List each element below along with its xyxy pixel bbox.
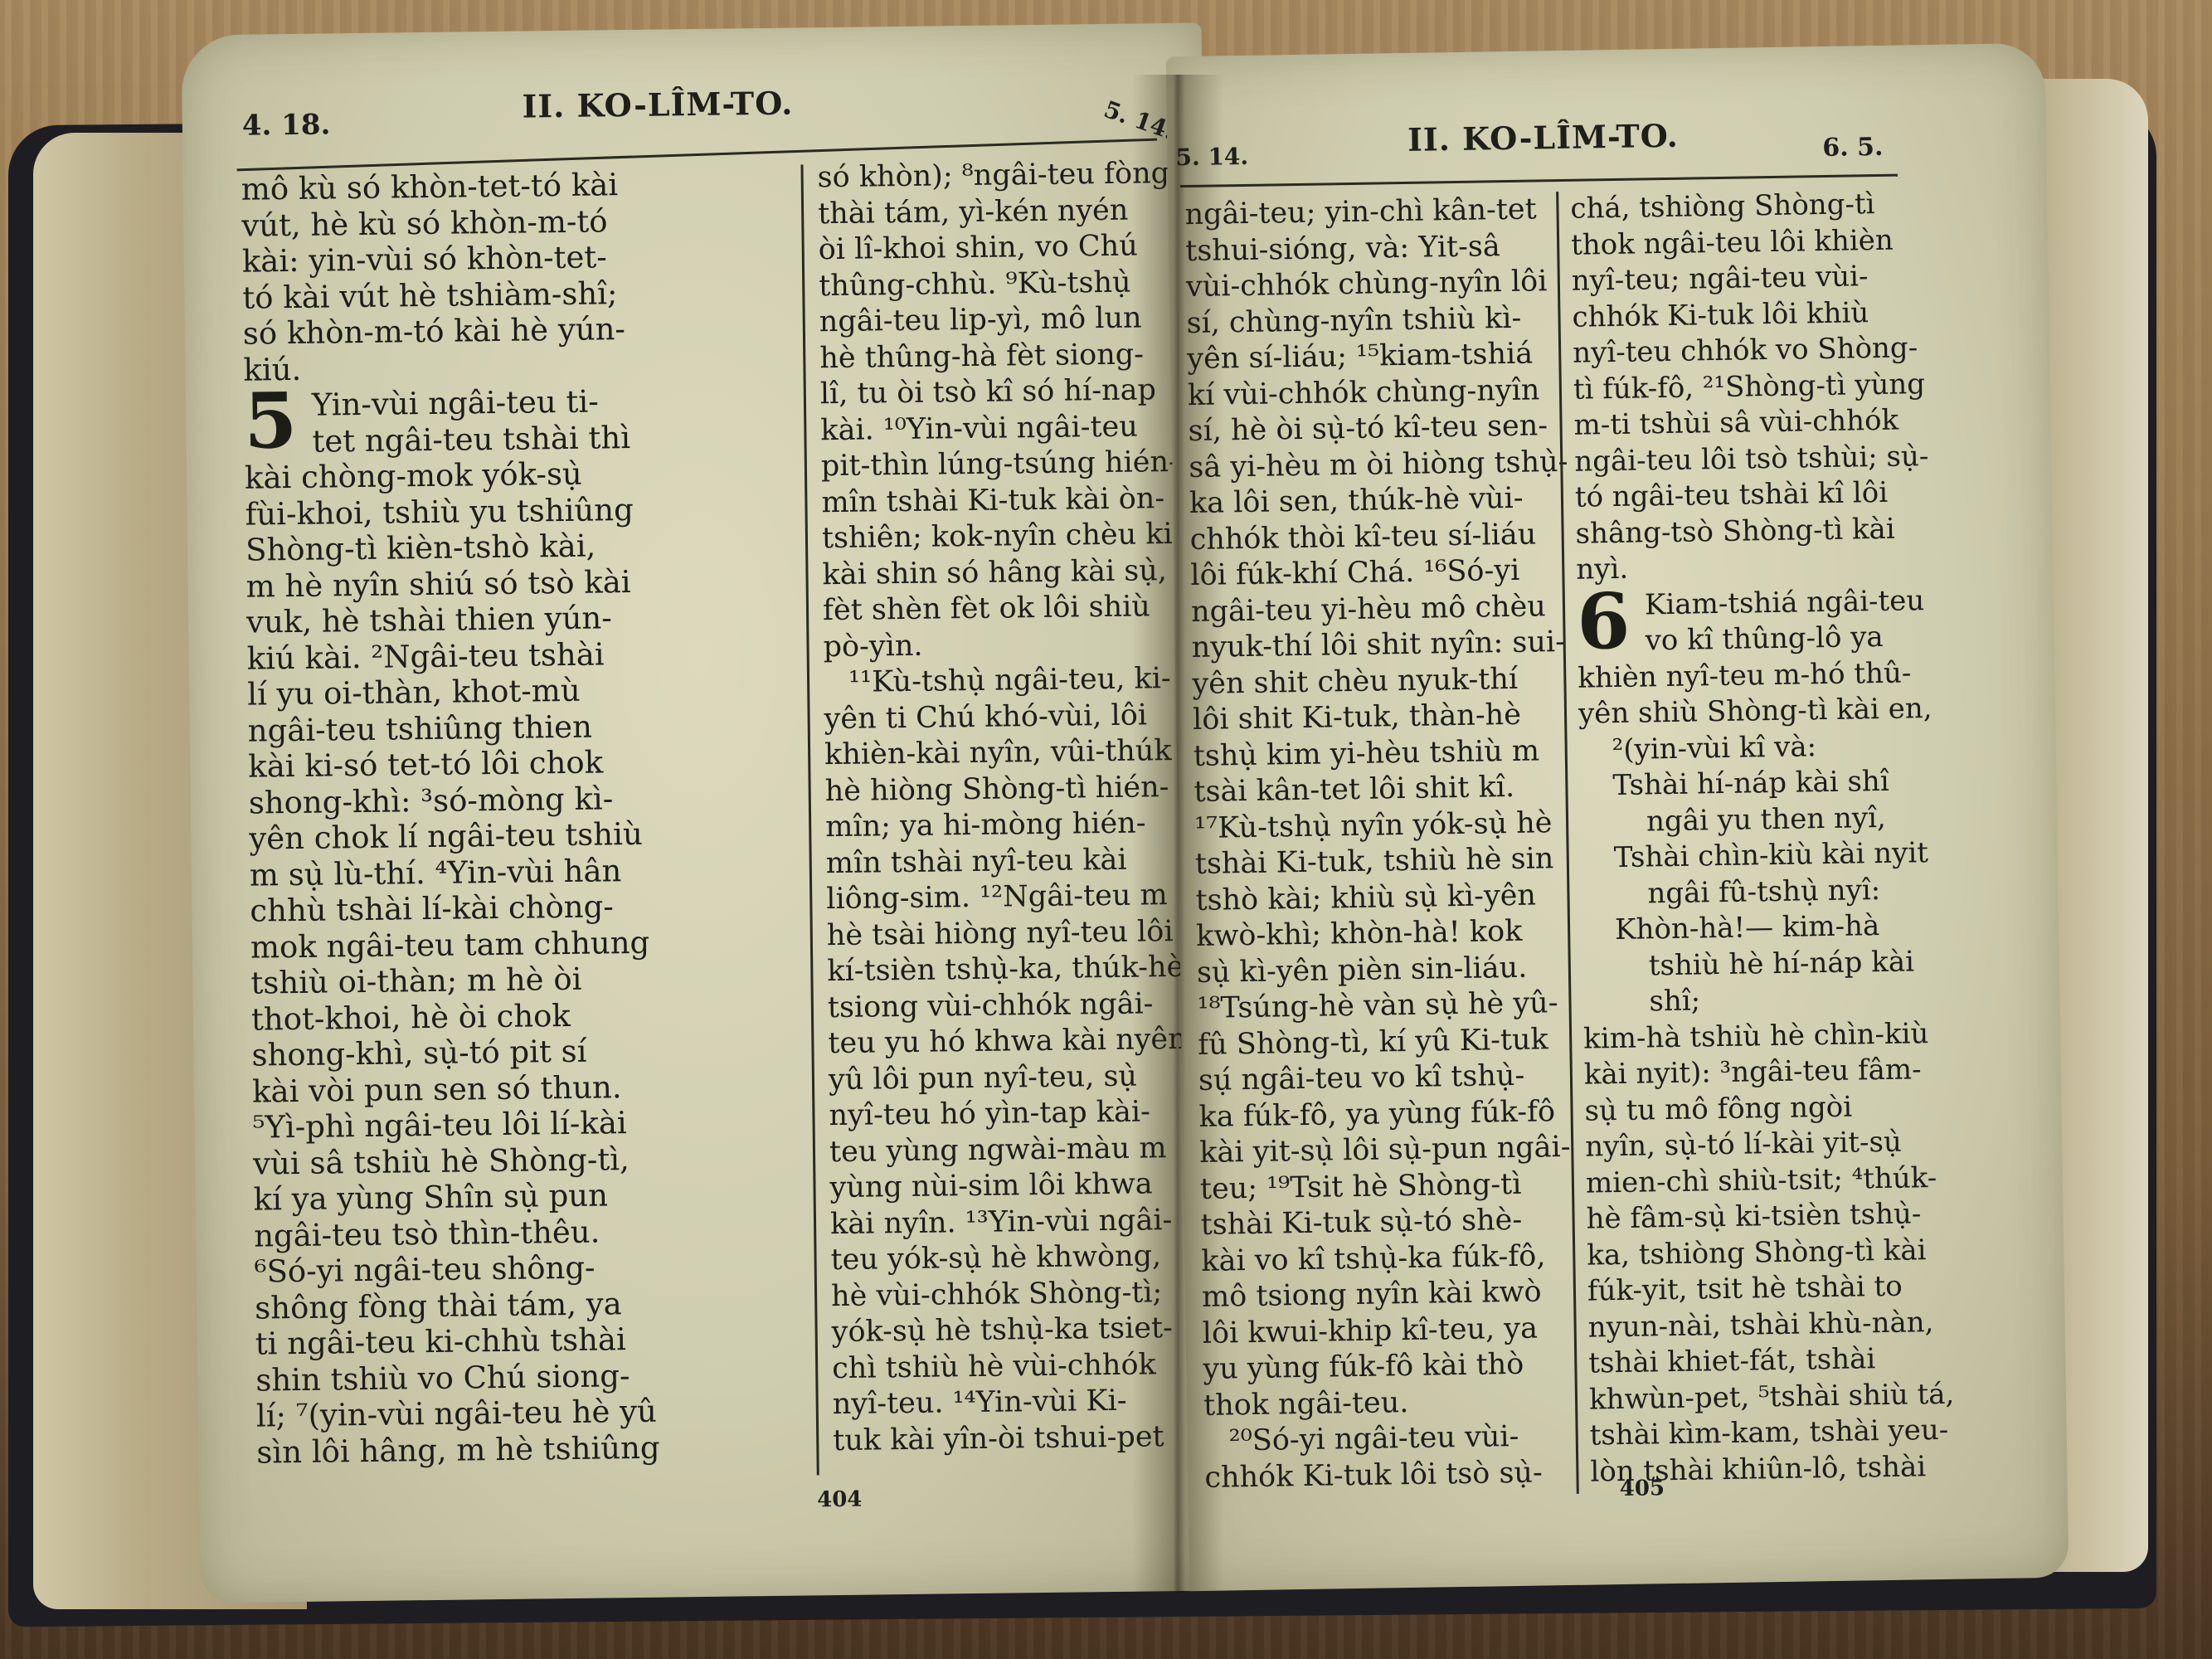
right-page-running-title: II. KO-LÎM-TO. [1407,117,1679,158]
text-line: yên chok lí ngâi-teu tshiù [249,816,643,857]
text-line: sâ yi-hèu m òi hiòng tshụ̀- [1189,445,1554,486]
poetry-line: Tshài hí-náp kài shî [1579,763,1928,805]
right-header-rule [1180,174,1898,188]
text-line: shin tshiù vo Chú siong- [255,1357,649,1398]
text-line: só khòn); ⁸ngâi-teu fòng [817,156,1182,197]
text-line: kwò-khì; khòn-hà! kok [1196,913,1562,955]
text-line: ka lôi sen, thúk-hè vùi- [1189,480,1555,522]
left-page-column-1: mô kù só khòn-tet-tó kài vút, hè kù só k… [241,167,651,1471]
text-line: ²(yin-vùi kî và: [1578,727,1928,769]
right-page-column-2: chá, tshiòng Shòng-tì thok ngâi-teu lôi … [1570,186,1939,1490]
right-page-column-1: ngâi-teu; yin-chì kân-tet tshui-sióng, v… [1184,192,1570,1496]
poetry-line: Khòn-hà!— kim-hà [1582,907,1931,949]
text-line: kài: yin-vùi só khòn-tet- [242,239,636,280]
left-page: 4. 18. II. KO-LÎM-TO. 5. 14. mô kù só kh… [182,23,1221,1603]
text-line: Yin-vùi ngâi-teu ti- [244,383,638,424]
text-line: ngâi-teu yi-hèu mô chèu [1191,589,1557,630]
text-line: ¹⁷Kù-tshụ̀ nyîn yók-sụ̀ hè [1194,805,1560,847]
text-line: tshui-sióng, và: Yit-sâ [1185,228,1551,270]
right-page: 5. 14. II. KO-LÎM-TO. 6. 5. ngâi-teu; yi… [1166,43,2069,1591]
text-line: mien-chì shiù-tsit; ⁴thúk- [1586,1160,1935,1202]
chapter-number-6: 6 [1577,587,1631,654]
text-line: tshụ̀ kim yi-hèu tshiù m [1193,733,1558,775]
text-line: m sụ̀ lù-thí. ⁴Yin-vùi hân [250,852,644,893]
poetry-line: ngâi yu then nyî, [1580,800,1929,841]
right-page-ref-end: 6. 5. [1822,133,1884,163]
text-line: ngâi-teu; yin-chì kân-tet [1184,192,1550,233]
text-line: shông fòng thài tám, ya [255,1285,649,1326]
text-line: yên shiù Shòng-tì kài en, [1578,691,1928,732]
text-line: mô tsiong nyîn kài kwò [1202,1274,1568,1316]
text-line: chhù tshài lí-kài chòng- [250,888,644,929]
text-line: vùi-chhók chùng-nyîn lôi [1186,264,1552,305]
text-line: nyîn, sụ̀-tó lí-kài yit-sụ̀ [1585,1124,1934,1165]
text-line: mô kù só khòn-tet-tó kài [241,167,635,207]
text-line: hè thûng-hà fèt siong- [819,336,1184,377]
text-line: thot-khoi, hè òi chok [251,996,645,1037]
text-line: khwùn-pet, ⁵tshài shiù tá, [1589,1377,1938,1418]
text-line: vùi sâ tshiù hè Shòng-tì, [253,1141,647,1181]
left-page-number: 404 [817,1487,863,1513]
text-line: ²⁰Só-yi ngâi-teu vùi- [1203,1418,1569,1460]
text-line: tì fúk-fô, ²¹Shòng-tì yùng [1573,367,1923,408]
text-line: chhók Ki-tuk lôi tsò sụ̀- [1204,1455,1570,1496]
text-line: kí ya yùng Shîn sụ̀ pun [253,1177,647,1218]
right-page-number: 405 [1619,1476,1665,1501]
text-line: Shòng-tì kièn-tshò kài, [246,528,639,568]
text-line: kí vùi-chhók chùng-nyîn [1188,372,1553,414]
text-line: sụ́ ngâi-teu vo kî tshụ̀- [1198,1058,1564,1099]
text-line: chá, tshiòng Shòng-tì [1570,186,1919,227]
text-line: nyì. [1576,547,1925,588]
text-line: tsài kân-tet lôi shit kî. [1194,769,1559,810]
text-line: yên shit chèu nyuk-thí [1192,661,1558,703]
text-line: kài ki-só tet-tó lôi chok [248,744,642,785]
text-line: fû Shòng-tì, kí yû Ki-tuk [1198,1022,1563,1063]
left-page-running-title: II. KO-LÎM-TO. [522,85,793,125]
text-line: thài tám, yì-kén nyén [818,192,1183,232]
text-line: vuk, hè tshài thien yún- [246,600,640,640]
text-line: hè fâm-sụ̀ ki-tsièn tshụ̀- [1586,1196,1935,1238]
text-line: tshài khiet-fát, tshài [1588,1340,1937,1382]
text-line: yên sí-liáu; ¹⁵kiam-tshiá [1187,336,1553,377]
text-line: m hè nyîn shiú só tsò kài [246,563,639,604]
text-line: lôi fúk-khí Chá. ¹⁶Só-yi [1190,552,1556,594]
text-line: tshài Ki-tuk, tshiù hè sin [1195,841,1561,883]
text-line: sụ̀ kì-yên pièn sin-liáu. [1197,950,1563,991]
text-line: chhók Ki-tuk lôi khiù [1572,294,1921,336]
text-line: kài. ¹⁰Yin-vùi ngâi-teu [820,408,1185,449]
text-line: tshài kìm-kam, tshài yeu- [1589,1413,1938,1454]
text-line: kiú. [243,347,637,387]
text-line: ngâi-teu tsò thìn-thêu. [254,1213,648,1253]
text-line: lôi shit Ki-tuk, thàn-hè [1193,697,1558,738]
text-line: nyî-teu chhók vo Shòng- [1573,330,1922,372]
text-line: sí, chùng-nyîn tshiù kì- [1186,300,1552,342]
poetry-line: Tshài chìn-kiù kài nyit [1580,835,1929,877]
text-line: nyun-nài, tshài khù-nàn, [1587,1305,1937,1346]
text-line: thok ngâi-teu lôi khièn [1571,222,1920,264]
text-line: tshài Ki-tuk sụ̀-tó shè- [1200,1202,1566,1243]
text-line: kài yit-sụ̀ lôi sụ̀-pun ngâi- [1199,1130,1565,1171]
text-line: teu; ¹⁹Tsit hè Shòng-tì [1200,1166,1566,1208]
text-line: khièn nyî-teu m-hó thû- [1578,655,1927,697]
text-line: kài vo kî tshụ̀-ka fúk-fô, [1201,1238,1567,1280]
text-line: shâng-tsò Shòng-tì kài [1575,511,1924,552]
text-line: fùi-khoi, tshiù yu tshiûng [245,491,639,532]
text-line: sìn lôi hâng, m hè tshiûng [256,1429,650,1470]
text-line: nyuk-thí lôi shit nyîn: sui- [1191,625,1557,666]
chapter-number-5: 5 [244,387,298,455]
poetry-line: tshiù hè hí-náp kài [1582,944,1931,985]
left-column-divider [800,164,819,1475]
text-line: tshò kài; khiù sụ̀ kì-yên [1195,878,1561,919]
text-line: ⁵Yì-phì ngâi-teu lôi lí-kài [252,1105,646,1146]
text-line: vút, hè kù só khòn-m-tó [241,202,635,243]
text-line: nyî-teu; ngâi-teu vùi- [1572,258,1921,299]
text-line: shong-khì, sụ̀-tó pit sí [251,1033,645,1073]
text-line: ⁶Só-yi ngâi-teu shông- [254,1249,648,1290]
text-line: kài nyit): ³ngâi-teu fâm- [1584,1052,1933,1093]
text-line: tó ngâi-teu tshài kî lôi [1575,474,1924,516]
poetry-line: ngâi fû-tshụ̀ nyî: [1581,872,1930,913]
text-line: sí, hè òi sụ̀-tó kî-teu sen- [1188,408,1553,450]
text-line: yu yùng fúk-fô kài thò [1203,1346,1568,1388]
text-line: ¹⁸Tsúng-hè vàn sụ̀ hè yû- [1197,985,1563,1027]
text-line: ngâi-teu lip-yì, mô lun [819,300,1184,341]
text-line: tshiù oi-thàn; m hè òi [250,961,644,1001]
poetry-line: shî; [1582,980,1932,1021]
text-line: ka, tshiòng Shòng-tì kài [1587,1233,1936,1274]
text-line: ka fúk-fô, ya yùng fúk-fô [1198,1094,1564,1136]
text-line: lî, tu òi tsò kî só hí-nap [820,372,1185,413]
text-line: fúk-yit, tsit hè tshài to [1587,1268,1937,1310]
text-line: kài vòi pun sen só thun. [252,1068,646,1109]
text-line: mok ngâi-teu tam chhung [250,924,644,965]
text-line: m-ti tshùi sâ vùi-chhók [1573,402,1923,444]
text-line: kài chòng-mok yók-sụ̀ [245,455,639,496]
text-line: lôi kwui-khip kî-teu, ya [1202,1311,1568,1352]
text-line: kim-hà tshiù hè chìn-kiù [1583,1016,1932,1058]
text-line: tet ngâi-teu tshài thì [244,419,638,460]
text-line: kiú kài. ²Ngâi-teu tshài [246,635,640,676]
text-line: ngâi-teu tshiûng thien [247,708,641,748]
text-line: tó kài vút hè tshiàm-shî; [242,275,636,315]
text-line: ngâi-teu lôi tsò tshùi; sụ̀- [1574,439,1923,480]
text-line: thûng-chhù. ⁹Kù-tshụ̀ [819,264,1184,304]
text-line: lí yu oi-thàn, khot-mù [247,672,641,713]
text-line: shong-khì: ³só-mòng kì- [249,780,643,820]
text-line: thok ngâi-teu. [1203,1383,1569,1424]
text-line: sụ̀ tu mô fông ngòi [1584,1088,1933,1130]
text-line: òi lî-khoi shin, vo Chú [818,228,1183,269]
book-gutter-shadow [1132,75,1223,1593]
text-line: lí; ⁷(yin-vùi ngâi-teu hè yû [256,1394,650,1434]
text-line: chhók thòi kî-teu sí-liáu [1189,517,1555,558]
text-line: só khòn-m-tó kài hè yún- [243,311,637,352]
left-page-ref-start: 4. 18. [242,108,331,142]
text-line: ti ngâi-teu ki-chhù tshài [255,1321,649,1362]
